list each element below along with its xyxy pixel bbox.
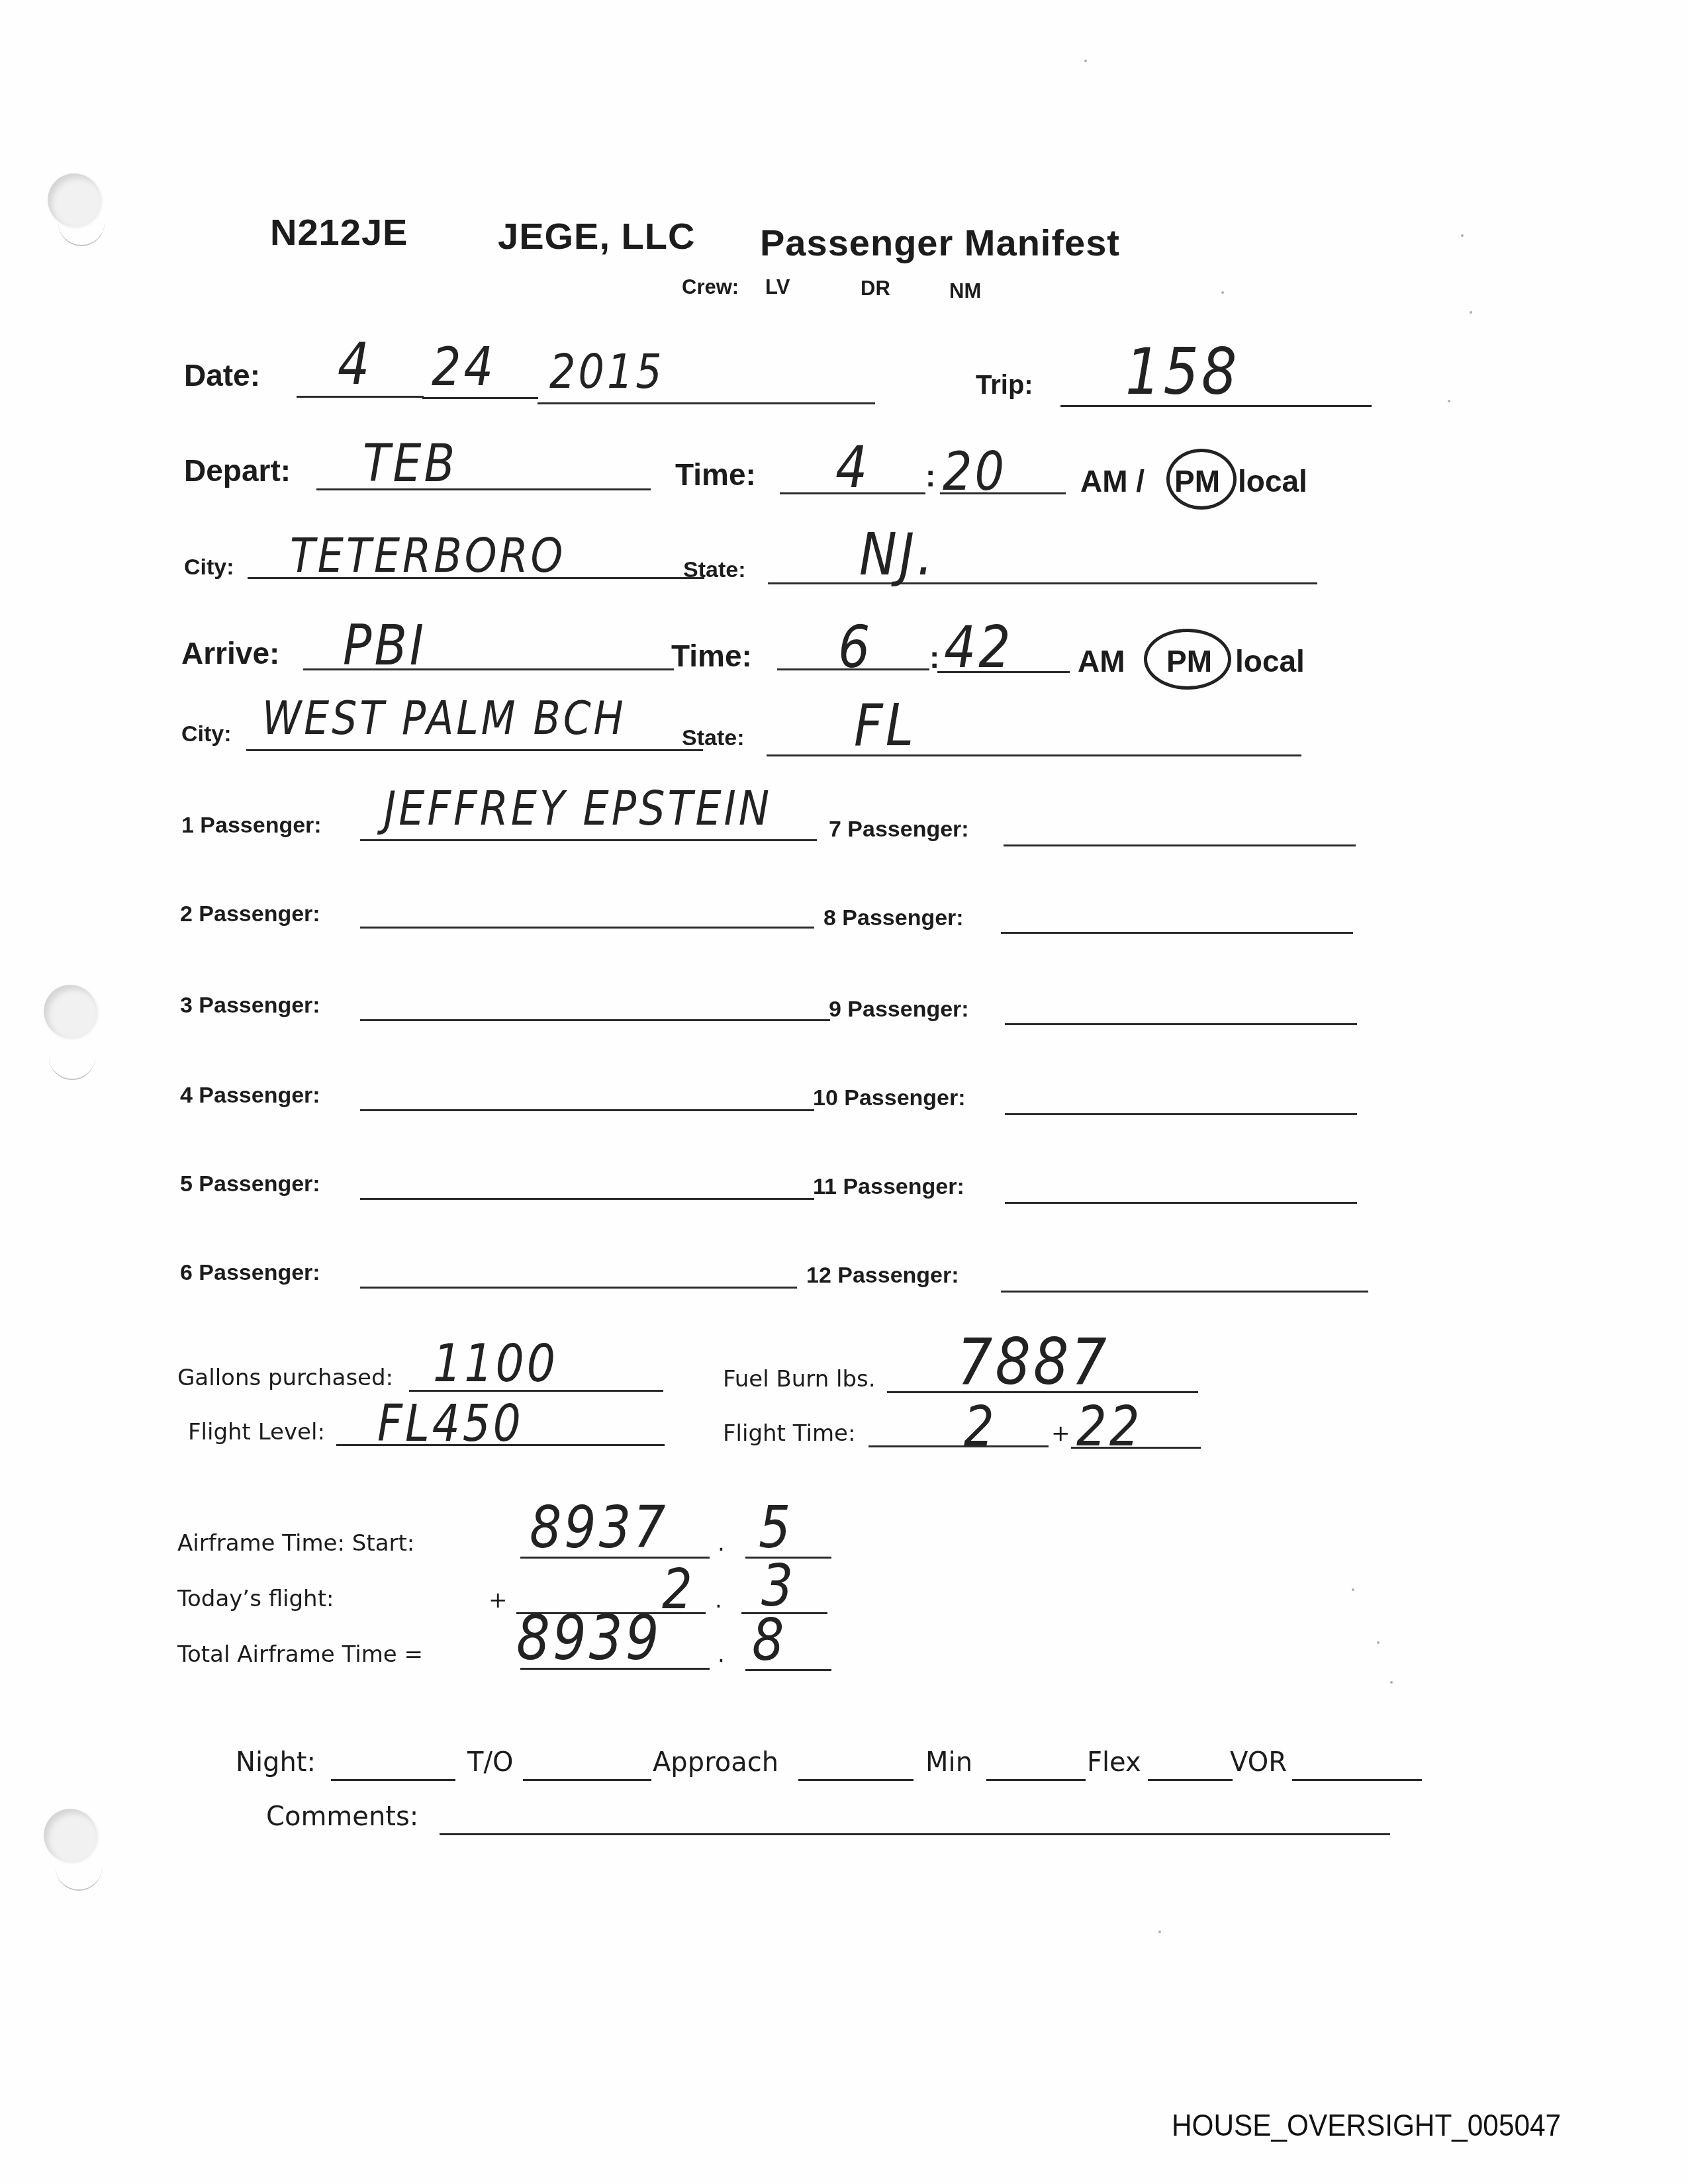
depart-airport-value: TEB: [363, 434, 457, 494]
passenger-6-label: 6 Passenger:: [180, 1260, 320, 1286]
passenger-11-field[interactable]: [1005, 1202, 1357, 1204]
passenger-11-label: 11 Passenger:: [813, 1174, 964, 1200]
vor-label: VOR: [1230, 1747, 1287, 1778]
comments-label: Comments:: [266, 1801, 418, 1832]
passenger-6-field[interactable]: [360, 1287, 797, 1289]
arrive-am-option[interactable]: AM: [1078, 643, 1125, 679]
vor-field[interactable]: [1292, 1779, 1422, 1781]
scan-speck: [1221, 291, 1224, 294]
arrive-city-value: WEST PALM BCH: [262, 692, 626, 746]
arrive-local-label: local: [1235, 643, 1305, 679]
company-name: JEGE, LLC: [498, 214, 695, 257]
arrive-airport-value: PBI: [343, 614, 426, 678]
total-airframe-label: Total Airframe Time =: [177, 1641, 423, 1668]
passenger-8-label: 8 Passenger:: [823, 905, 964, 931]
gallons-value: 1100: [433, 1334, 558, 1394]
arrive-state-value: FL: [854, 692, 916, 759]
binder-hole-shadow: [58, 218, 105, 246]
takeoff-field[interactable]: [523, 1779, 651, 1781]
scan-speck: [1390, 1681, 1393, 1684]
flight-time-label: Flight Time:: [723, 1420, 855, 1447]
binder-hole-middle: [44, 985, 97, 1038]
passenger-3-field[interactable]: [360, 1019, 830, 1021]
bates-number: HOUSE_OVERSIGHT_005047: [1172, 2107, 1561, 2143]
night-label: Night:: [236, 1747, 316, 1778]
passenger-2-label: 2 Passenger:: [180, 901, 320, 927]
flight-time-hours-value: 2: [964, 1394, 997, 1459]
scan-speck: [1084, 60, 1087, 62]
date-label: Date:: [184, 357, 260, 393]
airframe-start-tenth-value: 5: [759, 1494, 793, 1561]
depart-time-colon: :: [925, 458, 935, 494]
depart-local-label: local: [1238, 463, 1307, 499]
arrive-state-label: State:: [682, 725, 744, 751]
flex-field[interactable]: [1148, 1779, 1233, 1781]
approach-label: Approach: [653, 1747, 778, 1778]
crew-member-2: DR: [861, 277, 890, 300]
date-day-value: 24: [432, 336, 496, 398]
scan-speck: [1470, 311, 1472, 314]
todays-flight-whole-value: 2: [662, 1557, 695, 1621]
total-airframe-tenth-value: 8: [752, 1606, 786, 1674]
scan-speck: [1158, 1931, 1161, 1933]
scan-speck: [1352, 1588, 1354, 1591]
fuel-burn-label: Fuel Burn lbs.: [723, 1366, 876, 1392]
arrive-city-label: City:: [181, 721, 232, 747]
depart-state-value: NJ.: [859, 521, 935, 588]
flight-time-separator: +: [1051, 1420, 1070, 1447]
tail-number: N212JE: [270, 210, 408, 253]
arrive-time-colon: :: [929, 639, 939, 675]
passenger-10-label: 10 Passenger:: [813, 1085, 966, 1111]
crew-member-3: NM: [949, 279, 981, 303]
scan-speck: [1461, 234, 1464, 237]
depart-pm-selected-circle: [1166, 449, 1237, 510]
airframe-start-whole-value: 8937: [530, 1494, 668, 1561]
comments-field[interactable]: [440, 1833, 1390, 1835]
gallons-label: Gallons purchased:: [177, 1365, 393, 1391]
arrive-state-field[interactable]: [767, 754, 1301, 756]
passenger-12-label: 12 Passenger:: [806, 1263, 959, 1289]
flight-time-minutes-value: 22: [1076, 1394, 1143, 1459]
approach-field[interactable]: [798, 1779, 914, 1781]
min-label: Min: [925, 1747, 972, 1778]
arrive-minute-value: 42: [944, 614, 1013, 681]
date-month-value: 4: [338, 330, 372, 398]
todays-flight-dot: .: [715, 1587, 722, 1614]
passenger-8-field[interactable]: [1001, 932, 1353, 934]
date-year-value: 2015: [549, 343, 665, 399]
passenger-9-field[interactable]: [1005, 1023, 1357, 1025]
binder-hole-shadow: [49, 1052, 95, 1080]
depart-hour-value: 4: [835, 433, 870, 501]
arrive-pm-selected-circle: [1144, 629, 1231, 690]
takeoff-label: T/O: [467, 1747, 513, 1778]
arrive-hour-value: 6: [838, 614, 872, 681]
fuel-burn-value: 7887: [957, 1324, 1109, 1399]
passenger-2-field[interactable]: [360, 927, 814, 929]
arrive-label: Arrive:: [181, 635, 279, 671]
date-year-field[interactable]: [538, 402, 875, 404]
depart-label: Depart:: [184, 453, 291, 488]
depart-state-field[interactable]: [768, 582, 1317, 584]
passenger-5-label: 5 Passenger:: [180, 1171, 320, 1197]
passenger-7-field[interactable]: [1004, 844, 1356, 846]
airframe-start-dot: .: [718, 1530, 725, 1557]
crew-label: Crew:: [682, 275, 739, 299]
binder-hole-bottom: [44, 1809, 97, 1862]
passenger-7-label: 7 Passenger:: [829, 817, 969, 842]
depart-time-label: Time:: [675, 457, 756, 492]
flex-label: Flex: [1087, 1747, 1141, 1778]
total-airframe-dot: .: [718, 1641, 725, 1668]
crew-member-1: LV: [765, 275, 790, 299]
flight-time-hours-field[interactable]: [868, 1445, 1049, 1447]
trip-label: Trip:: [976, 371, 1033, 400]
night-field[interactable]: [331, 1779, 455, 1781]
passenger-1-name: JEFFREY EPSTEIN: [384, 780, 772, 836]
todays-flight-label: Today’s flight:: [177, 1586, 334, 1612]
arrive-time-label: Time:: [671, 638, 752, 674]
depart-am-option[interactable]: AM /: [1080, 463, 1145, 499]
manifest-page: N212JE JEGE, LLC Passenger Manifest Crew…: [0, 0, 1688, 2184]
passenger-4-field[interactable]: [360, 1109, 814, 1111]
airframe-start-label: Airframe Time: Start:: [177, 1530, 414, 1557]
depart-state-label: State:: [683, 557, 745, 583]
passenger-1-field[interactable]: [360, 839, 817, 841]
binder-hole-shadow: [56, 1863, 102, 1891]
flight-level-label: Flight Level:: [188, 1419, 325, 1445]
passenger-12-field[interactable]: [1001, 1291, 1368, 1293]
scan-speck: [1448, 400, 1450, 402]
passenger-5-field[interactable]: [360, 1198, 814, 1200]
passenger-9-label: 9 Passenger:: [829, 997, 969, 1023]
document-title: Passenger Manifest: [760, 221, 1120, 264]
trip-value: 158: [1125, 334, 1239, 409]
depart-city-label: City:: [184, 555, 234, 580]
flight-level-value: FL450: [377, 1394, 524, 1453]
scan-speck: [1377, 1641, 1380, 1644]
passenger-3-label: 3 Passenger:: [180, 993, 320, 1019]
total-airframe-whole-value: 8939: [516, 1603, 662, 1674]
depart-city-value: TETERBORO: [290, 527, 565, 583]
passenger-4-label: 4 Passenger:: [180, 1083, 320, 1109]
arrive-city-field[interactable]: [246, 749, 703, 751]
todays-flight-plus: +: [489, 1587, 508, 1614]
min-field[interactable]: [986, 1779, 1086, 1781]
passenger-1-label: 1 Passenger:: [181, 813, 322, 839]
passenger-10-field[interactable]: [1005, 1113, 1357, 1115]
depart-minute-value: 20: [943, 441, 1007, 503]
